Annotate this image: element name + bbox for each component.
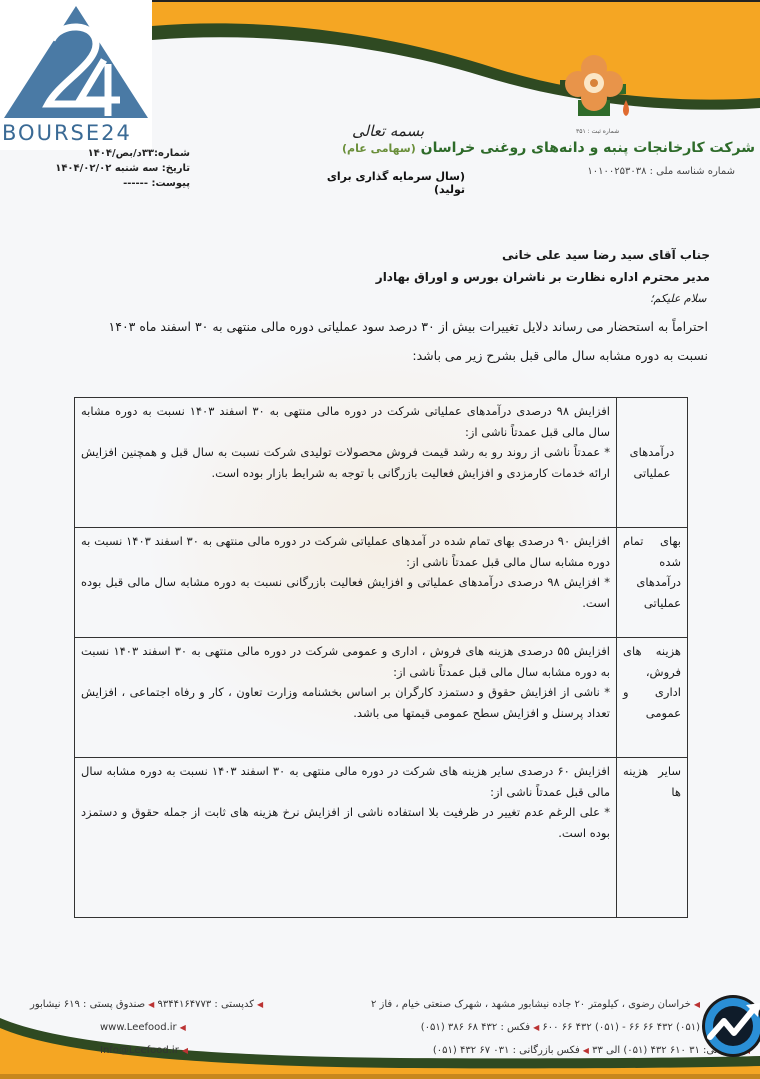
variance-explanation-table: درآمدهای عملیاتی افزایش ۹۸ درصدی درآمدها…: [74, 397, 688, 918]
recipient-name: جناب آقای سید رضا سید علی خانی: [300, 244, 710, 266]
recipient: جناب آقای سید رضا سید علی خانی مدیر محتر…: [300, 244, 710, 288]
letterhead-banner: [152, 0, 760, 120]
footer-po-box: صندوق پستی : ۶۱۹ نیشابور: [30, 999, 145, 1010]
footer-fax: فکس : ۴۳۲ ۶۸ ۳۸۶ (۰۵۱): [421, 1022, 530, 1033]
registration-number: شماره ثبت : ۳۵۱: [576, 128, 619, 135]
company-name: شرکت کارخانجات پنبه و دانه‌های روغنی خرا…: [300, 140, 755, 156]
recipient-title: مدیر محترم اداره نظارت بر ناشران بورس و …: [300, 266, 710, 288]
footer-row-phones: (۰۵۱) ۴۳۲ ۶۶ ۶۶ - (۰۵۱) ۴۳۲ ۶۶ ۶۰۰ ◀فکس …: [30, 1016, 750, 1039]
intro-paragraph: احتراماً به استحضار می رساند دلایل تغییر…: [78, 312, 708, 370]
row-summary: افزایش ۶۰ درصدی سایر هزینه های شرکت در د…: [81, 761, 610, 802]
row-reason: * عمدتاً ناشی از روند رو به رشد قیمت فرو…: [81, 442, 610, 483]
bullet-arrow-icon: ◀: [257, 1000, 263, 1009]
row-label: بهای تمام شده درآمدهای عملیاتی: [617, 528, 688, 638]
bullet-arrow-icon: ◀: [148, 1000, 154, 1009]
footer-contacts: ◀خراسان رضوی ، کیلومتر ۲۰ جاده نیشابور م…: [30, 993, 750, 1062]
national-id: شماره شناسه ملی : ۱۰۱۰۰۲۵۳۰۳۸: [470, 166, 735, 177]
row-reason: * علی الرغم عدم تغییر در ظرفیت بلا استفا…: [81, 802, 610, 843]
letter-meta: شماره:۳۳د/بص/۱۴۰۴ تاریخ: سه شنبه ۱۴۰۴/۰۲…: [40, 146, 190, 191]
footer-address: خراسان رضوی ، کیلومتر ۲۰ جاده نیشابور مش…: [371, 999, 691, 1010]
bullet-arrow-icon: ◀: [180, 1023, 186, 1032]
company-name-text: شرکت کارخانجات پنبه و دانه‌های روغنی خرا…: [421, 140, 755, 156]
row-summary: افزایش ۹۰ درصدی بهای تمام شده در آمدهای …: [81, 531, 610, 572]
row-summary: افزایش ۹۸ درصدی درآمدهای عملیاتی شرکت در…: [81, 401, 610, 442]
trend-arrow-badge-icon: [700, 993, 760, 1059]
table-row: هزینه های فروش، اداری و عمومی افزایش ۵۵ …: [75, 638, 688, 758]
bourse24-triangle-icon: [0, 0, 152, 122]
footer-row-address: ◀خراسان رضوی ، کیلومتر ۲۰ جاده نیشابور م…: [30, 993, 750, 1016]
letter-date: تاریخ: سه شنبه ۱۴۰۴/۰۲/۰۲: [40, 161, 190, 176]
bullet-arrow-icon: ◀: [533, 1023, 539, 1032]
row-explanation: افزایش ۵۵ درصدی هزینه های فروش ، اداری و…: [75, 638, 617, 758]
row-label: سایر هزینه ها: [617, 758, 688, 918]
row-explanation: افزایش ۹۰ درصدی بهای تمام شده در آمدهای …: [75, 528, 617, 638]
letter-attachment: پیوست: ------: [40, 176, 190, 191]
footer-email[interactable]: Info@Leefood.ir: [100, 1045, 179, 1056]
company-flower-logo-icon: [556, 50, 632, 122]
table-row: سایر هزینه ها افزایش ۶۰ درصدی سایر هزینه…: [75, 758, 688, 918]
letter-number: شماره:۳۳د/بص/۱۴۰۴: [40, 146, 190, 161]
row-reason: * ناشی از افزایش حقوق و دستمزد کارگران ب…: [81, 682, 610, 723]
footer-website[interactable]: www.Leefood.ir: [100, 1022, 177, 1033]
row-reason: * افزایش ۹۸ درصدی درآمدهای عملیاتی و افز…: [81, 572, 610, 613]
bullet-arrow-icon: ◀: [583, 1046, 589, 1055]
row-label: هزینه های فروش، اداری و عمومی: [617, 638, 688, 758]
salutation: سلام علیکم؛: [650, 292, 707, 305]
bourse24-wordmark: BOURSE24: [2, 121, 152, 145]
footer-phones: (۰۵۱) ۴۳۲ ۶۶ ۶۶ - (۰۵۱) ۴۳۲ ۶۶ ۶۰۰: [542, 1022, 700, 1033]
row-label: درآمدهای عملیاتی: [617, 398, 688, 528]
footer-commercial-fax: فکس بازرگانی : ۰۳۱ ۶۷ ۴۳۲ (۰۵۱): [433, 1045, 580, 1056]
company-type: (سهامی عام): [342, 142, 416, 155]
row-explanation: افزایش ۶۰ درصدی سایر هزینه های شرکت در د…: [75, 758, 617, 918]
year-slogan: (سال سرمایه گذاری برای تولید): [300, 170, 465, 196]
table-row: بهای تمام شده درآمدهای عملیاتی افزایش ۹۰…: [75, 528, 688, 638]
table-row: درآمدهای عملیاتی افزایش ۹۸ درصدی درآمدها…: [75, 398, 688, 528]
footer-row-commercial: ◀بازرگانی: ۳۱ ۶۱۰ ۴۳۲ (۰۵۱) الی ۳۳ ◀فکس …: [30, 1039, 750, 1062]
bismillah: بسمه تعالی: [352, 122, 424, 140]
footer-postal-code: کدپستی : ۹۳۴۴۱۶۴۷۷۳: [158, 999, 255, 1010]
row-summary: افزایش ۵۵ درصدی هزینه های فروش ، اداری و…: [81, 641, 610, 682]
bullet-arrow-icon: ◀: [182, 1046, 188, 1055]
row-explanation: افزایش ۹۸ درصدی درآمدهای عملیاتی شرکت در…: [75, 398, 617, 528]
